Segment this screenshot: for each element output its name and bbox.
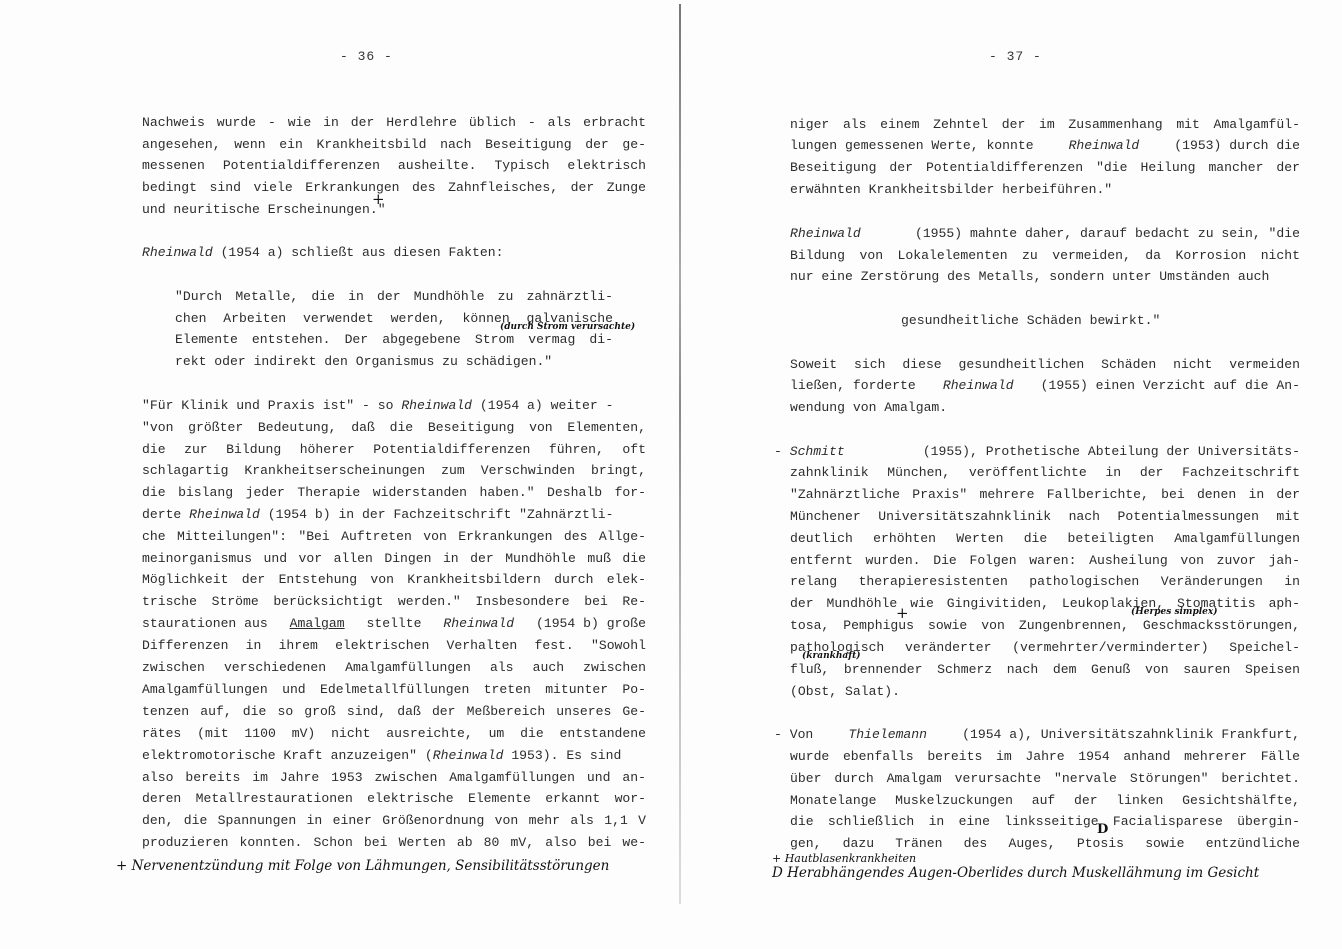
text-line: derte Rheinwald (1954 b) in der Fachzeit…	[142, 506, 613, 524]
text-line: "von größter Bedeutung, daß die Beseitig…	[142, 419, 646, 437]
text-line: über durch Amalgam verursachte "nervale …	[790, 770, 1300, 788]
text-span: (1954 b) große	[536, 615, 646, 633]
text-line: fluß, brennender Schmerz nach dem Genuß …	[790, 661, 1300, 679]
author-name: Schmitt	[790, 444, 845, 459]
handwritten-footnote: D Herabhängendes Augen-Oberlides durch M…	[772, 865, 1259, 881]
text-span: - Von	[774, 726, 813, 744]
text-line: "Zahnärztliche Praxis" mehrere Fallberic…	[790, 486, 1300, 504]
text-line: gesundheitliche Schäden bewirkt."	[901, 312, 1160, 330]
book-gutter	[679, 4, 681, 904]
text-line: angesehen, wenn ein Krankheitsbild nach …	[142, 136, 646, 154]
text-span: (1955), Prothetische Abteilung der Unive…	[923, 443, 1300, 461]
text-line: Differenzen in ihrem elektrischen Verhal…	[142, 637, 646, 655]
text-line: Münchener Universitätszahnklinik nach Po…	[790, 508, 1300, 526]
text-line: erwähnten Krankheitsbilder herbeiführen.…	[790, 181, 1112, 199]
text-span: elektromotorische Kraft anzuzeigen" (	[142, 748, 433, 763]
text-line: rätes (mit 1100 mV) nicht ausreichte, um…	[142, 725, 646, 743]
text-line: produzieren konnten. Schon bei Werten ab…	[142, 834, 646, 852]
text-line: Rheinwald (1955) mahnte daher, darauf be…	[790, 225, 1300, 243]
page-number: - 37 -	[989, 49, 1042, 64]
text-line: die zur Bildung höherer Potentialdiffere…	[142, 441, 646, 459]
text-span: (1954 a) weiter -	[480, 398, 614, 413]
text-line: trische Ströme berücksichtigt werden." I…	[142, 593, 646, 611]
handwritten-footnote: + Hautblasenkrankheiten	[772, 852, 916, 865]
citation-line: Rheinwald (1954 a) schließt aus diesen F…	[142, 244, 503, 262]
left-page: - 36 - Nachweis wurde - wie in der Herdl…	[0, 0, 668, 949]
text-line: che Mitteilungen": "Bei Auftreten von Er…	[142, 528, 646, 546]
page-number: - 36 -	[340, 49, 393, 64]
underlined-word: Amalgam	[290, 615, 345, 633]
text-line: meinorganismus und vor allen Dingen in d…	[142, 550, 646, 568]
quote-line: rekt oder indirekt den Organismus zu sch…	[175, 353, 552, 371]
text-span: (1953) durch die	[1174, 137, 1300, 155]
handwritten-note: (krankhaft)	[802, 651, 861, 661]
handwritten-note: (Herpes simplex)	[1131, 607, 1218, 617]
text-line: Monatelange Muskelzuckungen auf der link…	[790, 792, 1300, 810]
text-line: wurde ebenfalls bereits im Jahre 1954 an…	[790, 748, 1300, 766]
list-item-line: - Von Thielemann (1954 a), Universitätsz…	[774, 726, 1300, 744]
text-span: stellte	[367, 615, 422, 633]
text-line: zwischen verschiedenen Amalgamfüllungen …	[142, 659, 646, 677]
author-name: Rheinwald	[433, 748, 504, 763]
text-span: (1954 a), Universitätszahnklinik Frankfu…	[962, 726, 1300, 744]
text-line: Soweit sich diese gesundheitlichen Schäd…	[790, 356, 1300, 374]
text-span: (1954 a) schließt aus diesen Fakten:	[221, 245, 504, 260]
quote-line: "Durch Metalle, die in der Mundhöhle zu …	[175, 288, 613, 306]
text-line: deren Metallrestaurationen elektrische E…	[142, 790, 646, 808]
text-line: Amalgamfüllungen und Edelmetallfüllungen…	[142, 681, 646, 699]
text-line: wendung von Amalgam.	[790, 399, 947, 417]
author-name: Thielemann	[848, 726, 927, 744]
plus-annotation: +	[372, 190, 385, 208]
text-span: derte	[142, 507, 181, 522]
author-name: Rheinwald	[1069, 137, 1140, 155]
text-line: relang therapieresistenten pathologische…	[790, 573, 1300, 591]
author-name: Rheinwald	[189, 507, 260, 522]
text-line: gen, dazu Tränen des Auges, Ptosis sowie…	[790, 835, 1300, 853]
text-line: Möglichkeit der Entstehung von Krankheit…	[142, 571, 646, 589]
list-item-line: - Schmitt (1955), Prothetische Abteilung…	[774, 443, 1300, 461]
right-page: - 37 - niger als einem Zehntel der im Zu…	[684, 0, 1342, 949]
text-line: entfernt wurden. Die Folgen waren: Aushe…	[790, 552, 1300, 570]
text-line: der Mundhöhle wie Gingivitiden, Leukopla…	[790, 595, 1300, 613]
text-line: nur eine Zerstörung des Metalls, sondern…	[790, 268, 1269, 286]
quote-line: Elemente entstehen. Der abgegebene Strom…	[175, 331, 613, 349]
handwritten-footnote: + Nervenentzündung mit Folge von Lähmung…	[116, 858, 609, 874]
text-line: deutlich erhöhten Werten die beteiligten…	[790, 530, 1300, 548]
text-line: und neuritische Erscheinungen."	[142, 201, 386, 219]
text-line: messenen Potentialdifferenzen ausheilte.…	[142, 157, 646, 175]
text-span: staurationen aus	[142, 615, 268, 633]
text-line: (Obst, Salat).	[790, 683, 900, 701]
text-line: lungen gemessenen Werte, konnte Rheinwal…	[790, 137, 1300, 155]
text-line: schlagartig Krankheitserscheinungen zum …	[142, 462, 646, 480]
text-line: den, die Spannungen in einer Größenordnu…	[142, 812, 646, 830]
d-annotation: D	[1097, 822, 1108, 837]
text-span: - Schmitt	[774, 443, 845, 461]
text-line: tosa, Pemphigus sowie von Zungenbrennen,…	[790, 617, 1300, 635]
text-span: (1954 b) in der Fachzeitschrift "Zahnärz…	[268, 507, 614, 522]
text-span: ließen, forderte	[790, 377, 916, 395]
text-line: also bereits im Jahre 1953 zwischen Amal…	[142, 769, 646, 787]
text-line: ließen, forderte Rheinwald (1955) einen …	[790, 377, 1300, 395]
text-line: elektromotorische Kraft anzuzeigen" (Rhe…	[142, 747, 621, 765]
text-line: "Für Klinik und Praxis ist" - so Rheinwa…	[142, 397, 613, 415]
text-line: pathologisch veränderter (vermehrter/ver…	[790, 639, 1300, 657]
text-line: tenzen auf, die so groß sind, daß der Me…	[142, 703, 646, 721]
text-line: zahnklinik München, veröffentlichte in d…	[790, 464, 1300, 482]
author-name: Rheinwald	[401, 398, 472, 413]
text-span: lungen gemessenen Werte, konnte	[790, 137, 1034, 155]
bullet-dash: -	[774, 444, 790, 459]
author-name: Rheinwald	[443, 615, 514, 633]
author-name: Rheinwald	[790, 225, 861, 243]
text-span: 1953). Es sind	[511, 748, 621, 763]
text-line: die schließlich in eine linksseitige Fac…	[790, 813, 1300, 831]
author-name: Rheinwald	[142, 245, 213, 260]
text-line: staurationen aus Amalgam stellte Rheinwa…	[142, 615, 646, 633]
text-line: Nachweis wurde - wie in der Herdlehre üb…	[142, 114, 646, 132]
author-name: Rheinwald	[943, 377, 1014, 395]
text-line: Beseitigung der Potentialdifferenzen "di…	[790, 159, 1300, 177]
text-line: niger als einem Zehntel der im Zusammenh…	[790, 116, 1300, 134]
text-line: bedingt sind viele Erkrankungen des Zahn…	[142, 179, 646, 197]
text-span: (1955) mahnte daher, darauf bedacht zu s…	[915, 225, 1300, 243]
text-span: "Für Klinik und Praxis ist" - so	[142, 398, 393, 413]
text-line: die bislang jeder Therapie widerstanden …	[142, 484, 646, 502]
text-span: (1955) einen Verzicht auf die An-	[1041, 377, 1300, 395]
text-line: Bildung von Lokalelementen zu vermeiden,…	[790, 247, 1300, 265]
